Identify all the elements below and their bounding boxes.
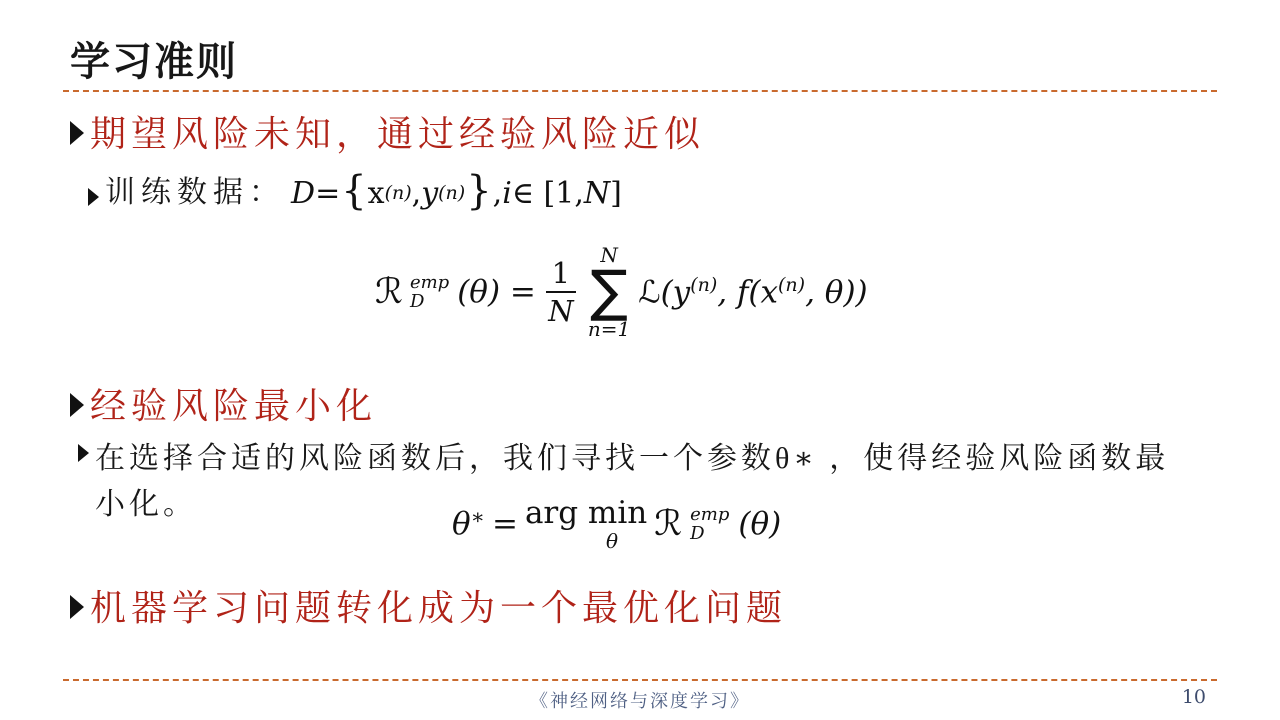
bullet-text: 机器学习问题转化成为一个最优化问题 [90,586,787,630]
math-summation: N ∑ n=1 [588,244,630,340]
math-R-scripts: emp D [410,273,449,311]
math-R-scripts: emp D [690,505,729,543]
footer-book-title: 《神经网络与深度学习》 [0,687,1280,713]
math-element-of: ∈ [1, [512,176,584,211]
bullet-text: 期望风险未知，通过经验风险近似 [90,112,705,156]
footer-page-number: 10 [1182,686,1206,708]
bullet-triangle-icon [70,595,84,619]
math-y: y [421,176,438,211]
slide: 学习准则 期望风险未知，通过经验风险近似 训练数据： D = { x (n) ,… [0,0,1280,720]
math-R-superscript: emp [690,505,729,524]
sigma-icon: ∑ [590,266,628,318]
math-script-R: ℛ [375,272,403,312]
math-fraction-denominator: N [548,295,573,327]
math-i: i [502,176,512,211]
bullet-triangle-icon [78,444,89,462]
math-script-L: ℒ [638,274,660,310]
bullet-optimization: 机器学习问题转化成为一个最优化问题 [70,586,787,630]
title-divider [63,90,1217,92]
math-script-R: ℛ [654,504,682,544]
math-fraction-bar [546,291,576,293]
math-theta-star: θ∗ [452,506,485,542]
math-x: x [368,176,385,211]
math-right-brace: } [465,168,492,214]
math-argmin-subscript: θ [606,530,618,552]
math-loss-term: ℒ(y(n), f(x(n), θ)) [638,274,867,310]
math-loss-close: , θ)) [805,274,868,310]
bullet-erm: 经验风险最小化 [70,384,377,428]
math-comma: , [412,176,422,211]
bullet-triangle-icon [70,393,84,417]
training-data-formula: D = { x (n) , y (n) } , i ∈ [1, N ] [291,170,622,216]
math-equals: = [315,176,340,211]
bullet-text: 经验风险最小化 [90,384,377,428]
bullet-expected-risk: 期望风险未知，通过经验风险近似 [70,112,705,156]
math-argmin-operator: arg min θ [525,496,647,552]
math-f-open: , f(x [717,274,778,310]
sub-bullet-training-data: 训练数据： D = { x (n) , y (n) } , i ∈ [1, N … [86,170,622,216]
math-theta: θ [452,506,471,542]
math-y-sup: (n) [690,274,717,296]
empirical-risk-formula: ℛ emp D (θ) = 1 N N ∑ n=1 ℒ(y(n), f(x(n)… [375,244,868,340]
math-left-brace: { [340,168,367,214]
math-comma2: , [493,176,503,211]
math-fraction: 1 N [546,257,576,327]
math-R-subscript: D [690,524,729,543]
argmin-formula: θ∗ = arg min θ ℛ emp D (θ) [452,496,781,552]
math-dataset-symbol: D [291,176,315,211]
math-R-subscript: D [410,292,449,311]
math-y-superscript: (n) [438,182,465,204]
training-data-label: 训练数据： [105,172,285,214]
page-title: 学习准则 [70,30,238,87]
math-N: N [584,176,610,211]
math-x-sup: (n) [778,274,805,296]
math-right-bracket: ] [610,176,622,211]
math-loss-open: (y [661,274,691,310]
bullet-triangle-icon [70,121,84,145]
math-star: ∗ [471,505,485,529]
bullet-triangle-icon [88,188,99,206]
math-sum-lower-limit: n=1 [588,318,630,340]
math-rhs-theta: (θ) [738,506,781,542]
math-fraction-numerator: 1 [552,257,570,289]
math-R-superscript: emp [410,273,449,292]
math-lhs-theta: (θ) = [457,274,536,310]
math-argmin-label: arg min [525,496,647,530]
math-equals: = [492,506,518,542]
footer-divider [63,679,1217,681]
math-x-superscript: (n) [385,182,412,204]
